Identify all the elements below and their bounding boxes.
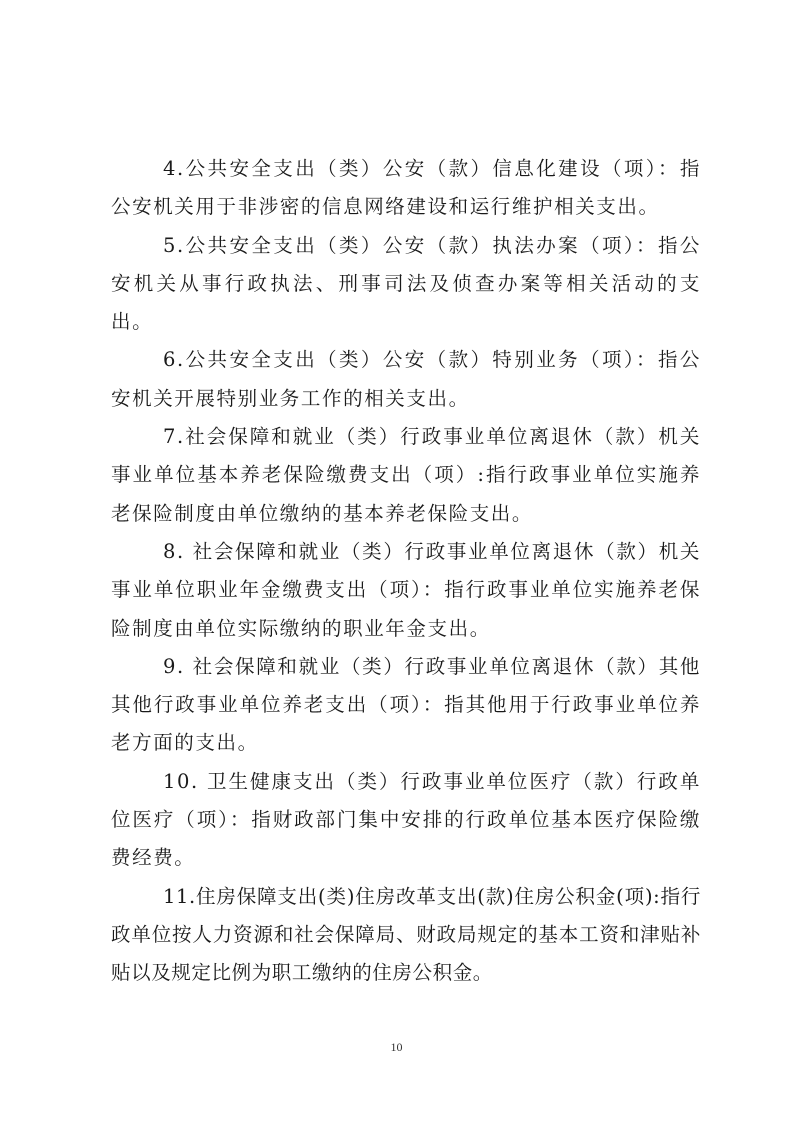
- paragraph-item-7: 7.社会保障和就业（类）行政事业单位离退休（款）机关事业单位基本养老保险缴费支出…: [111, 418, 701, 533]
- paragraph-item-9: 9. 社会保障和就业（类）行政事业单位离退休（款）其他其他行政事业单位养老支出（…: [111, 648, 701, 763]
- page-number: 10: [0, 1040, 793, 1055]
- paragraph-item-6: 6.公共安全支出（类）公安（款）特别业务（项）：指公安机关开展特别业务工作的相关…: [111, 341, 701, 418]
- paragraph-item-8: 8. 社会保障和就业（类）行政事业单位离退休（款）机关事业单位职业年金缴费支出（…: [111, 533, 701, 648]
- document-body: 4.公共安全支出（类）公安（款）信息化建设（项）：指公安机关用于非涉密的信息网络…: [111, 150, 701, 993]
- paragraph-item-5: 5.公共安全支出（类）公安（款）执法办案（项）：指公安机关从事行政执法、刑事司法…: [111, 227, 701, 342]
- paragraph-item-10: 10. 卫生健康支出（类）行政事业单位医疗（款）行政单位医疗（项）：指财政部门集…: [111, 763, 701, 878]
- paragraph-item-4: 4.公共安全支出（类）公安（款）信息化建设（项）：指公安机关用于非涉密的信息网络…: [111, 150, 701, 227]
- paragraph-item-11: 11.住房保障支出(类)住房改革支出(款)住房公积金(项):指行政单位按人力资源…: [111, 878, 701, 993]
